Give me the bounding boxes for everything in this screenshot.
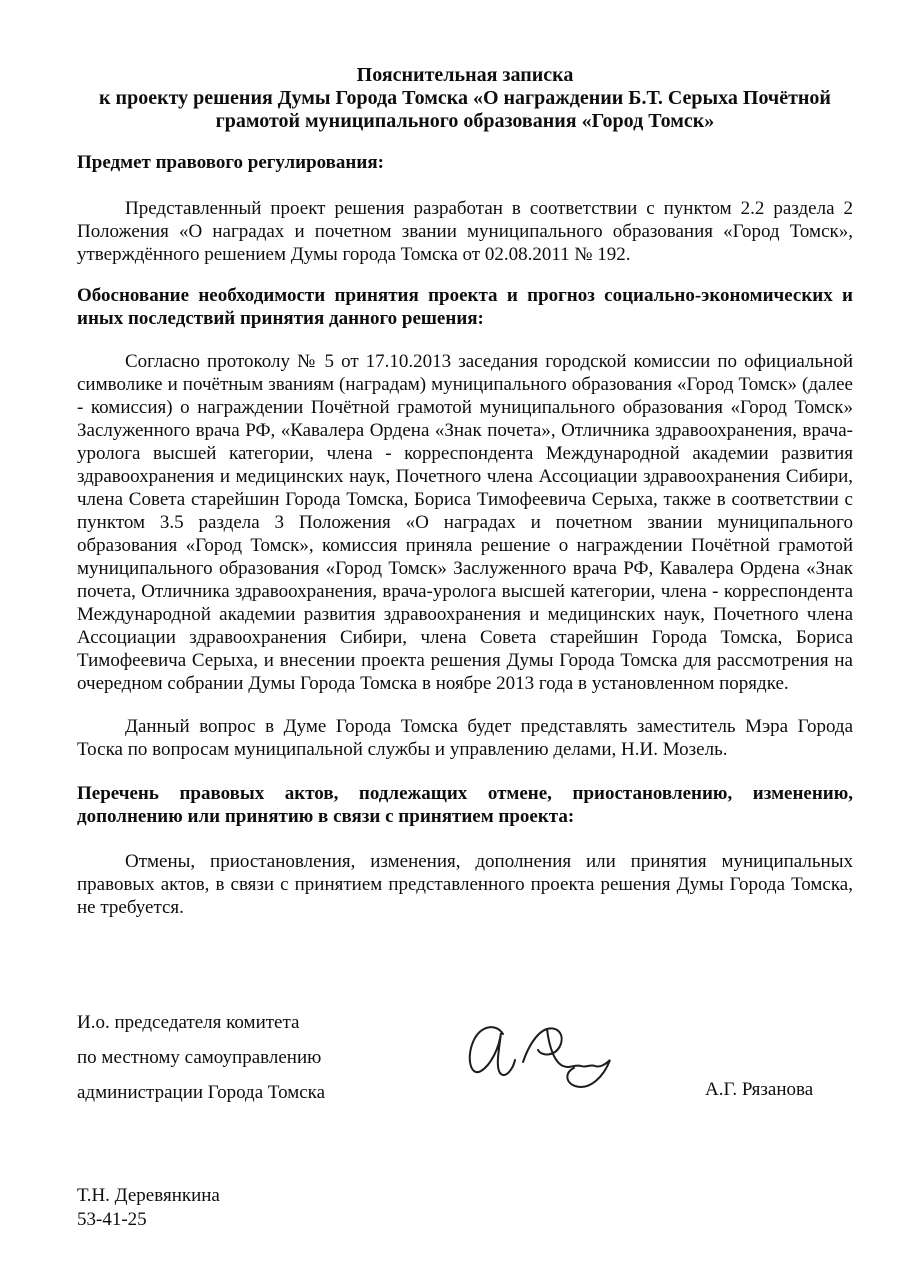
paragraph-presenter: Данный вопрос в Думе Города Томска будет… — [77, 715, 853, 761]
title-line-2: к проекту решения Думы Города Томска «О … — [77, 87, 853, 110]
signatory-position-line-1: И.о. председателя комитета — [77, 1005, 325, 1040]
section-heading-rationale: Обоснование необходимости принятия проек… — [77, 284, 853, 330]
signature-block: И.о. председателя комитета по местному с… — [77, 1005, 853, 1125]
signatory-position: И.о. председателя комитета по местному с… — [77, 1005, 325, 1110]
document-title: Пояснительная записка к проекту решения … — [77, 64, 853, 133]
section-heading-subject: Предмет правового регулирования: — [77, 151, 853, 174]
signatory-name: А.Г. Рязанова — [705, 1078, 813, 1101]
signatory-position-line-3: администрации Города Томска — [77, 1075, 325, 1110]
handwritten-signature-icon — [463, 1020, 613, 1095]
paragraph-subject-body: Представленный проект решения разработан… — [77, 197, 853, 266]
section-heading-acts-list: Перечень правовых актов, подлежащих отме… — [77, 782, 853, 828]
title-line-1: Пояснительная записка — [77, 64, 853, 87]
paragraph-acts-body: Отмены, приостановления, изменения, допо… — [77, 850, 853, 919]
document-page: Пояснительная записка к проекту решения … — [0, 0, 900, 1287]
paragraph-rationale-body: Согласно протоколу № 5 от 17.10.2013 зас… — [77, 350, 853, 695]
executor-block: Т.Н. Деревянкина 53-41-25 — [77, 1184, 220, 1232]
executor-phone: 53-41-25 — [77, 1208, 220, 1232]
title-line-3: грамотой муниципального образования «Гор… — [77, 110, 853, 133]
signatory-position-line-2: по местному самоуправлению — [77, 1040, 325, 1075]
executor-name: Т.Н. Деревянкина — [77, 1184, 220, 1208]
